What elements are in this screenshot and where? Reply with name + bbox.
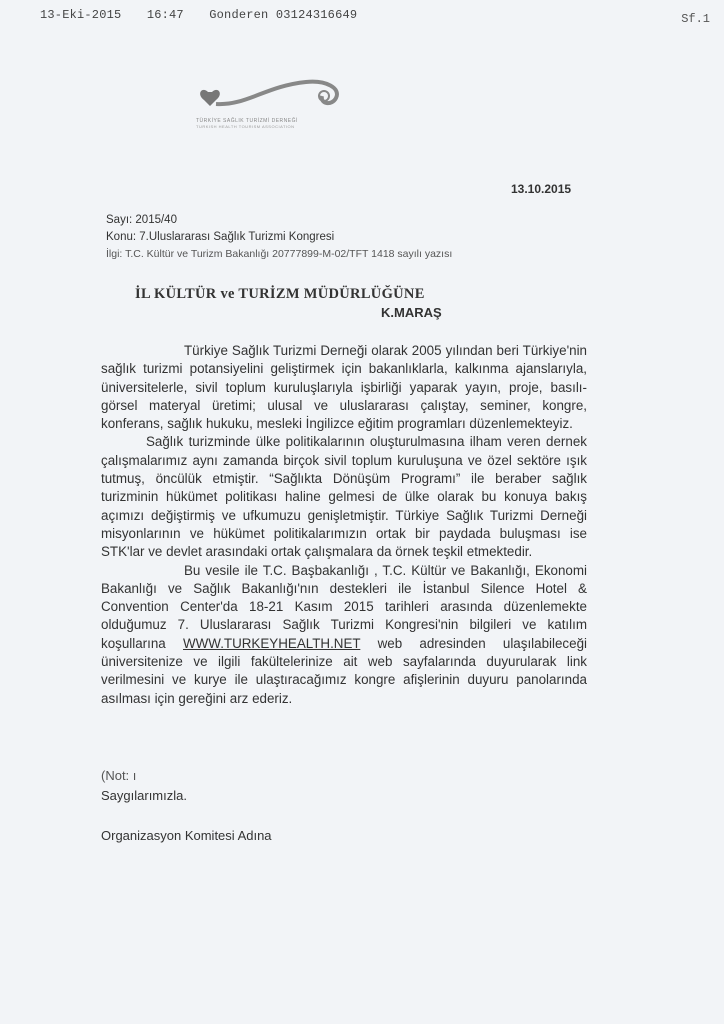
recipient-city: K.MARAŞ xyxy=(381,305,442,320)
paragraph-2: Sağlık turizminde ülke politikalarının o… xyxy=(101,433,587,561)
closing: Saygılarımızla. xyxy=(101,788,187,803)
fax-sender: Gonderen 03124316649 xyxy=(209,8,357,22)
fax-page-number: Sf.1 xyxy=(681,12,710,26)
signer: Organizasyon Komitesi Adına xyxy=(101,828,272,843)
fax-header: 13-Eki-2015 16:47 Gonderen 03124316649 xyxy=(40,8,375,22)
paragraph-1: Türkiye Sağlık Turizmi Derneği olarak 20… xyxy=(101,342,587,433)
logo-org-subtitle: TURKISH HEALTH TOURISM ASSOCIATION xyxy=(196,124,295,129)
letter-number: Sayı: 2015/40 xyxy=(106,212,452,229)
fax-date: 13-Eki-2015 xyxy=(40,8,121,22)
paragraph-3: Bu vesile ile T.C. Başbakanlığı , T.C. K… xyxy=(101,562,587,708)
letter-subject: Konu: 7.Uluslararası Sağlık Turizmi Kong… xyxy=(106,229,452,246)
letter-meta: Sayı: 2015/40 Konu: 7.Uluslararası Sağlı… xyxy=(106,212,452,263)
letter-body: Türkiye Sağlık Turizmi Derneği olarak 20… xyxy=(101,342,587,708)
note: (Not: ı xyxy=(101,768,136,783)
website-link[interactable]: WWW.TURKEYHEALTH.NET xyxy=(183,636,360,651)
letter-date: 13.10.2015 xyxy=(511,182,571,196)
recipient: İL KÜLTÜR ve TURİZM MÜDÜRLÜĞÜNE xyxy=(135,286,425,303)
letter-reference: İlgi: T.C. Kültür ve Turizm Bakanlığı 20… xyxy=(106,246,452,263)
fax-time: 16:47 xyxy=(147,8,184,22)
